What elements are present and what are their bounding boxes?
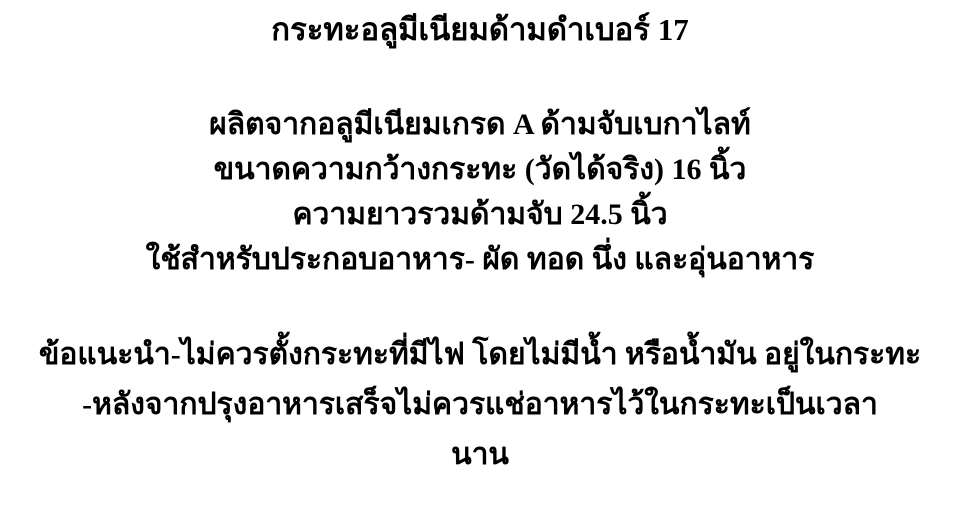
spec-block: ผลิตจากอลูมีเนียมเกรด A ด้ามจับเบกาไลท์ … <box>0 102 960 282</box>
advice-line-3: นาน <box>0 430 960 480</box>
advice-line-2: -หลังจากปรุงอาหารเสร็จไม่ควรแช่อาหารไว้ใ… <box>0 380 960 430</box>
document-body: กระทะอลูมีเนียมด้ามดำเบอร์ 17 ผลิตจากอลู… <box>0 0 960 480</box>
document-page: กระทะอลูมีเนียมด้ามดำเบอร์ 17 ผลิตจากอลู… <box>0 0 960 512</box>
spec-line-usage: ใช้สำหรับประกอบอาหาร- ผัด ทอด นึ่ง และอุ… <box>0 237 960 282</box>
blank-line <box>0 54 960 102</box>
blank-line <box>0 282 960 330</box>
advice-line-1: ข้อแนะนำ-ไม่ควรตั้งกระทะที่มีไฟ โดยไม่มี… <box>0 330 960 380</box>
spec-line-length: ความยาวรวมด้ามจับ 24.5 นิ้ว <box>0 192 960 237</box>
advice-block: ข้อแนะนำ-ไม่ควรตั้งกระทะที่มีไฟ โดยไม่มี… <box>0 330 960 480</box>
spec-line-width: ขนาดความกว้างกระทะ (วัดได้จริง) 16 นิ้ว <box>0 147 960 192</box>
page-title: กระทะอลูมีเนียมด้ามดำเบอร์ 17 <box>0 6 960 54</box>
spec-line-material: ผลิตจากอลูมีเนียมเกรด A ด้ามจับเบกาไลท์ <box>0 102 960 147</box>
